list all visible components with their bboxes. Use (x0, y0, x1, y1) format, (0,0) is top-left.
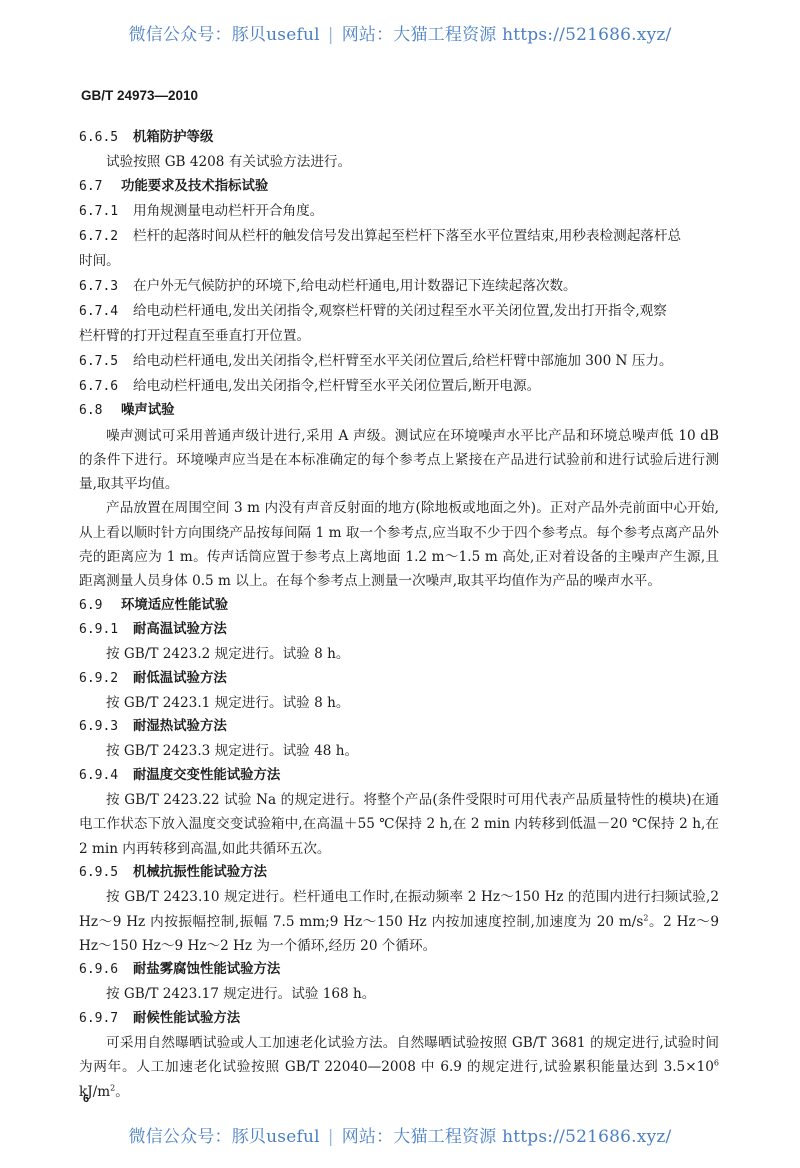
paragraph: 按 GB/T 2423.17 规定进行。试验 168 h。 (79, 982, 719, 1006)
document-body: 6.6.5机箱防护等级 试验按照 GB 4208 有关试验方法进行。 6.7功能… (79, 126, 719, 1104)
clause-6-7-6: 6.7.6给电动栏杆通电,发出关闭指令,栏杆臂至水平关闭位置后,断开电源。 (79, 374, 719, 399)
section-number: 6.9.1 (79, 618, 133, 642)
watermark-separator: | (328, 1127, 334, 1147)
section-number: 6.7 (79, 175, 121, 199)
section-title: 功能要求及技术指标试验 (121, 179, 268, 194)
heading-6-9-5: 6.9.5机械抗振性能试验方法 (79, 861, 719, 885)
heading-6-9-6: 6.9.6耐盐雾腐蚀性能试验方法 (79, 958, 719, 982)
heading-6-9: 6.9环境适应性能试验 (79, 594, 719, 618)
heading-6-9-1: 6.9.1耐高温试验方法 (79, 618, 719, 642)
clause-text: 用角规测量电动栏杆开合角度。 (133, 203, 323, 219)
section-title: 环境适应性能试验 (121, 598, 228, 613)
clause-6-7-4: 6.7.4给电动栏杆通电,发出关闭指令,观察栏杆臂的关闭过程至水平关闭位置,发出… (79, 299, 719, 324)
paragraph-noise-reference-points: 产品放置在周围空间 3 m 内没有声音反射面的地方(除地板或地面之外)。正对产品… (79, 496, 719, 593)
clause-text: 在户外无气候防护的环境下,给电动栏杆通电,用计数器记下连续起落次数。 (133, 278, 577, 294)
section-number: 6.9.3 (79, 715, 133, 739)
section-title: 机械抗振性能试验方法 (133, 865, 267, 880)
section-number: 6.9.7 (79, 1007, 133, 1031)
clause-6-7-1: 6.7.1用角规测量电动栏杆开合角度。 (79, 199, 719, 224)
watermark-wechat: 微信公众号：豚贝useful (129, 1127, 320, 1147)
watermark-separator: | (328, 25, 334, 45)
section-title: 耐高温试验方法 (133, 622, 227, 637)
watermark-website: 网站：大猫工程资源 https://521686.xyz/ (342, 1127, 672, 1147)
section-title: 耐候性能试验方法 (133, 1011, 240, 1026)
clause-text: 栏杆的起落时间从栏杆的触发信号发出算起至栏杆下落至水平位置结束,用秒表检测起落杆… (133, 228, 681, 244)
heading-6-7: 6.7功能要求及技术指标试验 (79, 175, 719, 199)
clause-number: 6.7.1 (79, 200, 133, 224)
clause-6-7-2-cont: 时间。 (79, 249, 719, 273)
page-number: 6 (83, 1093, 89, 1105)
section-number: 6.9.4 (79, 764, 133, 788)
paragraph-noise-conditions: 噪声测试可采用普通声级计进行,采用 A 声级。测试应在环境噪声水平比产品和环境总… (79, 424, 719, 497)
standard-id: GB/T 24973—2010 (81, 88, 198, 103)
watermark-top: 微信公众号：豚贝useful|网站：大猫工程资源 https://521686.… (0, 20, 800, 45)
clause-number: 6.7.4 (79, 300, 133, 324)
section-title: 耐温度交变性能试验方法 (133, 768, 280, 783)
watermark-website: 网站：大猫工程资源 https://521686.xyz/ (342, 25, 672, 45)
superscript: 6 (714, 1059, 719, 1068)
section-number: 6.9.2 (79, 667, 133, 691)
heading-6-9-3: 6.9.3耐湿热试验方法 (79, 715, 719, 739)
watermark-wechat: 微信公众号：豚贝useful (129, 25, 320, 45)
section-title: 耐盐雾腐蚀性能试验方法 (133, 962, 280, 977)
paragraph: 按 GB/T 2423.1 规定进行。试验 8 h。 (79, 691, 719, 715)
clause-6-7-3: 6.7.3在户外无气候防护的环境下,给电动栏杆通电,用计数器记下连续起落次数。 (79, 274, 719, 299)
clause-text: 给电动栏杆通电,发出关闭指令,栏杆臂至水平关闭位置后,给栏杆臂中部施加 300 … (133, 353, 673, 369)
clause-text: 给电动栏杆通电,发出关闭指令,观察栏杆臂的关闭过程至水平关闭位置,发出打开指令,… (133, 303, 667, 319)
paragraph: 试验按照 GB 4208 有关试验方法进行。 (79, 150, 719, 174)
paragraph-temperature-cycling: 按 GB/T 2423.22 试验 Na 的规定进行。将整个产品(条件受限时可用… (79, 788, 719, 861)
section-number: 6.9 (79, 594, 121, 618)
paragraph-vibration: 按 GB/T 2423.10 规定进行。栏杆通电工作时,在振动频率 2 Hz～1… (79, 885, 719, 958)
section-title: 耐湿热试验方法 (133, 719, 227, 734)
section-number: 6.6.5 (79, 126, 133, 150)
section-title: 机箱防护等级 (133, 130, 213, 145)
paragraph: 按 GB/T 2423.2 规定进行。试验 8 h。 (79, 642, 719, 666)
section-title: 耐低温试验方法 (133, 671, 227, 686)
clause-number: 6.7.3 (79, 275, 133, 299)
section-number: 6.8 (79, 399, 121, 423)
clause-number: 6.7.6 (79, 375, 133, 399)
heading-6-9-2: 6.9.2耐低温试验方法 (79, 667, 719, 691)
watermark-bottom: 微信公众号：豚贝useful|网站：大猫工程资源 https://521686.… (0, 1122, 800, 1147)
clause-6-7-4-cont: 栏杆臂的打开过程直至垂直打开位置。 (79, 324, 719, 348)
paragraph: 按 GB/T 2423.3 规定进行。试验 48 h。 (79, 739, 719, 763)
paragraph-weathering: 可采用自然曝晒试验或人工加速老化试验方法。自然曝晒试验按照 GB/T 3681 … (79, 1031, 719, 1104)
clause-6-7-5: 6.7.5给电动栏杆通电,发出关闭指令,栏杆臂至水平关闭位置后,给栏杆臂中部施加… (79, 349, 719, 374)
heading-6-9-7: 6.9.7耐候性能试验方法 (79, 1007, 719, 1031)
clause-text: 给电动栏杆通电,发出关闭指令,栏杆臂至水平关闭位置后,断开电源。 (133, 378, 540, 394)
heading-6-6-5: 6.6.5机箱防护等级 (79, 126, 719, 150)
section-number: 6.9.6 (79, 958, 133, 982)
heading-6-8: 6.8噪声试验 (79, 399, 719, 423)
clause-number: 6.7.2 (79, 225, 133, 249)
section-title: 噪声试验 (121, 403, 175, 418)
text-run: 按 GB/T 2423.10 规定进行。栏杆通电工作时,在振动频率 2 Hz～1… (79, 889, 719, 929)
section-number: 6.9.5 (79, 861, 133, 885)
text-run: 可采用自然曝晒试验或人工加速老化试验方法。自然曝晒试验按照 GB/T 3681 … (79, 1035, 719, 1075)
clause-number: 6.7.5 (79, 350, 133, 374)
clause-6-7-2: 6.7.2栏杆的起落时间从栏杆的触发信号发出算起至栏杆下落至水平位置结束,用秒表… (79, 224, 719, 249)
text-run: 。 (115, 1084, 129, 1100)
heading-6-9-4: 6.9.4耐温度交变性能试验方法 (79, 764, 719, 788)
